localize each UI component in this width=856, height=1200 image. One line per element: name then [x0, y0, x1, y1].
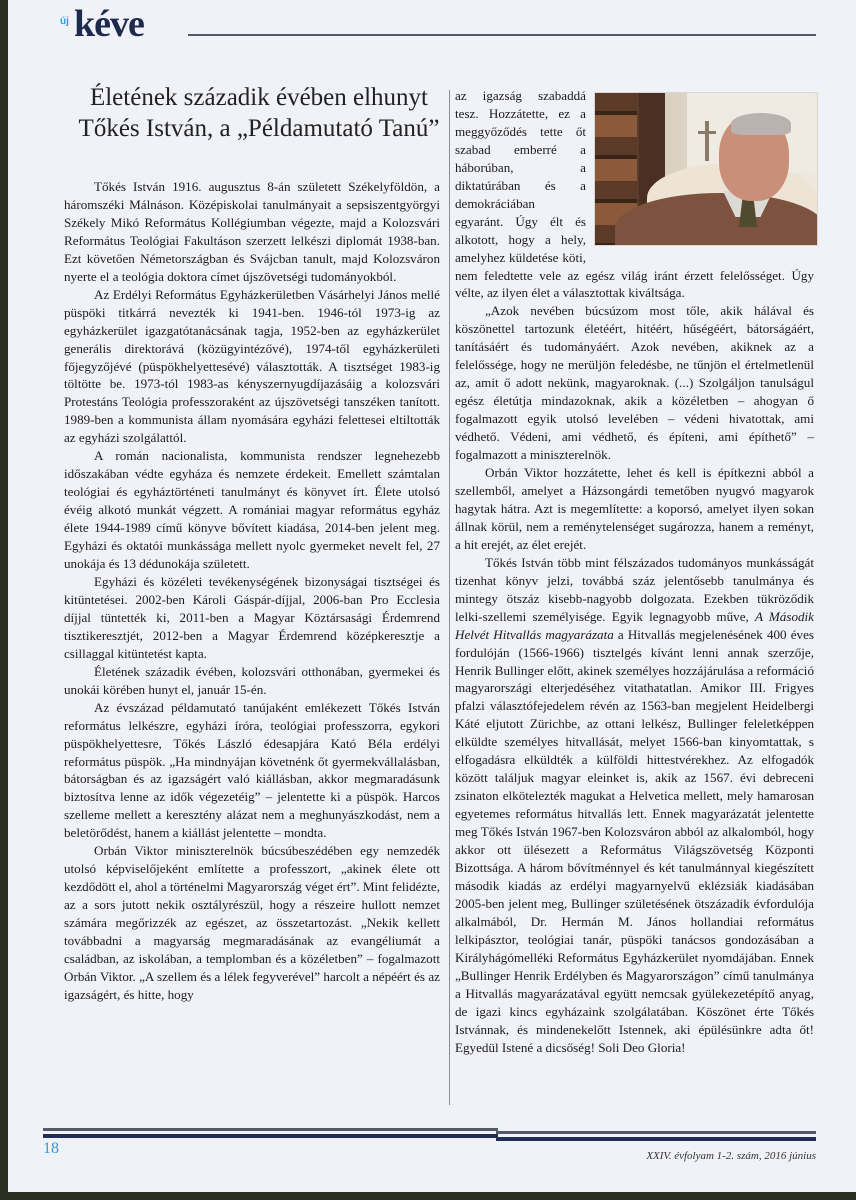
- paragraph: „Azok nevében búcsúzom most tőle, akik h…: [455, 302, 814, 464]
- article-title: Életének századik évében elhunyt Tőkés I…: [74, 82, 444, 144]
- paragraph: Az évszázad példamutató tanújaként emlék…: [64, 699, 440, 843]
- footer-rule-thin-right: [496, 1131, 816, 1134]
- logo-name: kéve: [74, 4, 144, 44]
- title-line-1: Életének századik évében elhunyt: [74, 82, 444, 113]
- paragraph-with-book-title: Tőkés István több mint félszázados tudom…: [455, 554, 814, 1057]
- paragraph: Orbán Viktor hozzátette, lehet és kell i…: [455, 464, 814, 554]
- logo-prefix: új: [60, 16, 69, 27]
- left-column: Tőkés István 1916. augusztus 8-án szület…: [64, 178, 440, 1004]
- cross-icon: [705, 121, 709, 161]
- paragraph-text: a Hitvallás megjelenésének 400 éves ford…: [455, 627, 814, 1055]
- footer-rule-thick: [43, 1134, 498, 1138]
- paragraph: A román nacionalista, kommunista rendsze…: [64, 447, 440, 573]
- title-line-2: Tőkés István, a „Példamutató Tanú”: [74, 113, 444, 144]
- masthead: új kéve: [60, 8, 848, 48]
- paragraph: Az Erdélyi Református Egyházkerületben V…: [64, 286, 440, 448]
- paragraph: Orbán Viktor miniszterelnök búcsúbeszédé…: [64, 842, 440, 1004]
- issue-info: XXIV. évfolyam 1-2. szám, 2016 június: [646, 1150, 816, 1162]
- page-number: 18: [43, 1140, 59, 1158]
- paragraph: Tőkés István 1916. augusztus 8-án szület…: [64, 178, 440, 286]
- footer-rule-thin: [43, 1128, 498, 1131]
- masthead-rule: [188, 34, 816, 36]
- magazine-page: új kéve Életének századik évében elhunyt…: [8, 0, 856, 1192]
- cross-icon-bar: [698, 131, 716, 134]
- paragraph: Életének századik évében, kolozsvári ott…: [64, 663, 440, 699]
- portrait-photo: [594, 92, 818, 246]
- hair: [731, 113, 791, 135]
- footer-rule-thick-right: [496, 1137, 816, 1141]
- column-divider: [449, 90, 450, 1105]
- paragraph: Egyházi és közéleti tevékenységének bizo…: [64, 573, 440, 663]
